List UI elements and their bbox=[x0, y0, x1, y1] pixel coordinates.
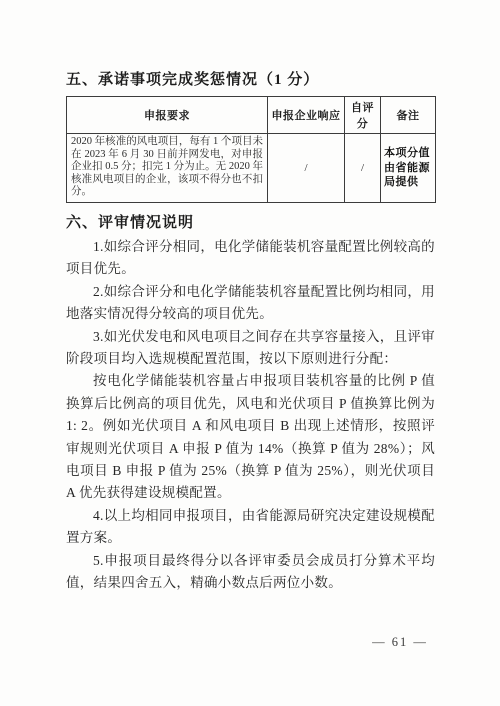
paragraph-5: 4.以上均相同申报项目，由省能源局研究决定建设规模配置方案。 bbox=[66, 505, 435, 550]
cell-requirement: 2020 年核准的风电项目，每有 1 个项目未在 2023 年 6 月 30 日… bbox=[67, 134, 268, 203]
document-page: 五、承诺事项完成奖惩情况（1 分） 申报要求 申报企业响应 自评分 备注 202… bbox=[0, 0, 500, 706]
page-content: 五、承诺事项完成奖惩情况（1 分） 申报要求 申报企业响应 自评分 备注 202… bbox=[66, 71, 435, 594]
header-cell-requirement: 申报要求 bbox=[67, 97, 268, 134]
scoring-table: 申报要求 申报企业响应 自评分 备注 2020 年核准的风电项目，每有 1 个项… bbox=[66, 96, 436, 203]
paragraph-6: 5.申报项目最终得分以各评审委员会成员打分算术平均值，结果四舍五入，精确小数点后… bbox=[66, 550, 435, 595]
paragraph-4: 按电化学储能装机容量占申报项目装机容量的比例 P 值换算后比例高的项目优先，风电… bbox=[66, 370, 435, 504]
page-number: — 61 — bbox=[360, 635, 440, 650]
header-cell-company-response: 申报企业响应 bbox=[268, 97, 345, 134]
section5-title: 五、承诺事项完成奖惩情况（1 分） bbox=[66, 71, 435, 90]
paragraph-3: 3.如光伏发电和风电项目之间存在共享容量接入，且评审阶段项目均入选规模配置范围，… bbox=[66, 326, 435, 371]
paragraph-1: 1.如综合评分相同，电化学储能装机容量配置比例较高的项目优先。 bbox=[66, 236, 435, 281]
section6-title: 六、评审情况说明 bbox=[66, 214, 435, 233]
cell-self-score: / bbox=[345, 134, 381, 203]
header-cell-self-score: 自评分 bbox=[345, 97, 381, 134]
scoring-table-header: 申报要求 申报企业响应 自评分 备注 bbox=[67, 97, 436, 134]
header-cell-remark: 备注 bbox=[381, 97, 436, 134]
cell-company-response: / bbox=[268, 134, 345, 203]
cell-remark: 本项分值由省能源局提供 bbox=[381, 134, 436, 203]
table-row: 2020 年核准的风电项目，每有 1 个项目未在 2023 年 6 月 30 日… bbox=[67, 134, 436, 203]
table-header-row: 申报要求 申报企业响应 自评分 备注 bbox=[67, 97, 436, 134]
paragraph-2: 2.如综合评分和电化学储能装机容量配置比例均相同，用地落实情况得分较高的项目优先… bbox=[66, 281, 435, 326]
